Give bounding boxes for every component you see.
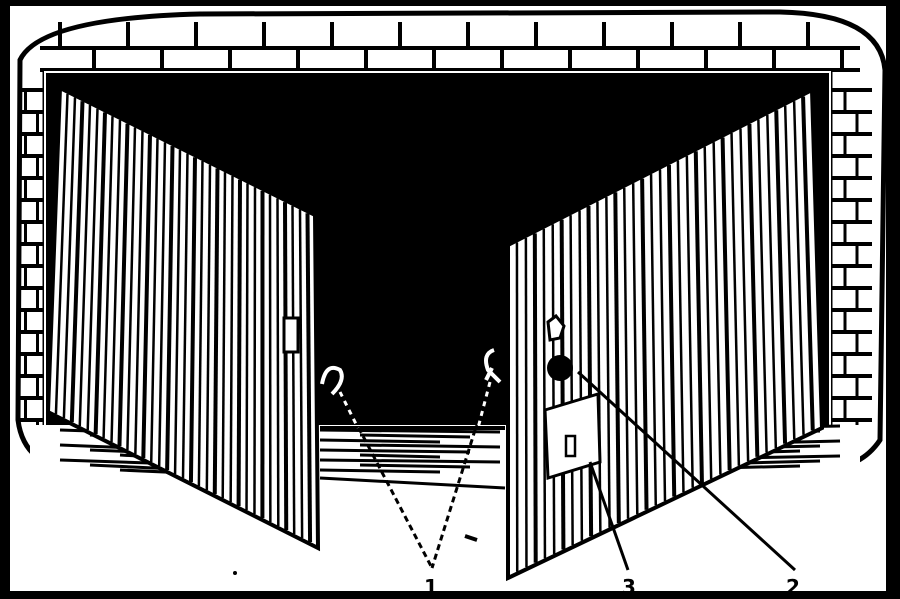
left-gate-handle-icon — [284, 318, 298, 352]
garage-gate-illustration: 1 2 3 — [0, 0, 900, 599]
callout-2: 2 — [786, 575, 800, 599]
bolt-latch-icon — [547, 355, 573, 381]
keyhole-icon — [566, 436, 575, 456]
callout-3: 3 — [622, 575, 636, 599]
callout-1: 1 — [424, 575, 438, 599]
